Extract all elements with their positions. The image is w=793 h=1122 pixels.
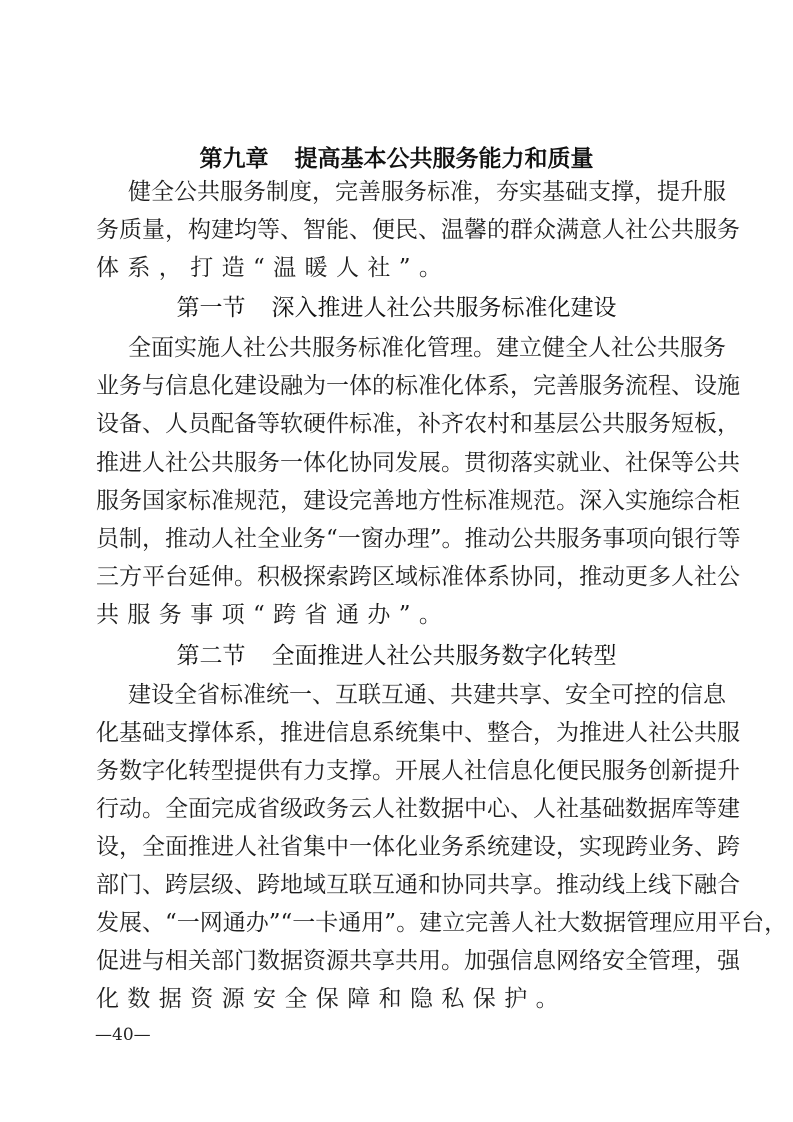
glyph: 区 bbox=[372, 558, 395, 596]
glyph: 享 bbox=[372, 942, 395, 980]
glyph: 便 bbox=[372, 211, 395, 249]
glyph: 跨 bbox=[625, 828, 648, 866]
glyph: 统 bbox=[487, 828, 510, 866]
glyph: 务 bbox=[96, 752, 119, 790]
document-page: 第九章提高基本公共服务能力和质量 健全公共服务制度，完善服务标准，夯实基础支撑，… bbox=[0, 0, 793, 1122]
glyph: 安 bbox=[565, 676, 588, 714]
glyph: 域 bbox=[303, 866, 326, 904]
glyph: 社 bbox=[611, 329, 634, 367]
glyph: ， bbox=[473, 173, 496, 211]
glyph: 设 bbox=[151, 676, 174, 714]
glyph: 标 bbox=[349, 405, 372, 443]
glyph: 合 bbox=[694, 482, 717, 520]
glyph: 有 bbox=[280, 752, 303, 790]
glyph: 同 bbox=[464, 866, 487, 904]
glyph: 标 bbox=[464, 482, 487, 520]
glyph: 相 bbox=[165, 942, 188, 980]
glyph: 务 bbox=[119, 482, 142, 520]
glyph: 服 bbox=[234, 444, 257, 482]
glyph: 一 bbox=[338, 520, 361, 558]
glyph: 跨 bbox=[717, 828, 740, 866]
glyph: 入 bbox=[602, 482, 625, 520]
glyph: 数 bbox=[119, 752, 142, 790]
glyph: 人 bbox=[211, 520, 234, 558]
glyph: 人 bbox=[671, 558, 694, 596]
glyph: 社 bbox=[464, 752, 487, 790]
paragraph-line: 健全公共服务制度，完善服务标准，夯实基础支撑，提升服 bbox=[128, 173, 698, 211]
glyph: 息 bbox=[349, 714, 372, 752]
paragraph-line: 化数据资源安全保障和隐私保护。 bbox=[96, 980, 698, 1018]
glyph: 施 bbox=[648, 482, 671, 520]
glyph: 一 bbox=[292, 904, 315, 942]
glyph: 理 bbox=[450, 329, 473, 367]
glyph: 动 bbox=[602, 558, 625, 596]
paragraph-line: 设，全面推进人社省集中一体化业务系统建设，实现跨业务、跨 bbox=[96, 828, 698, 866]
glyph: 社 bbox=[234, 520, 257, 558]
glyph: 国 bbox=[142, 482, 165, 520]
glyph: 索 bbox=[326, 558, 349, 596]
glyph: 发 bbox=[96, 904, 119, 942]
glyph: ， bbox=[142, 520, 165, 558]
glyph: 进 bbox=[119, 444, 142, 482]
glyph: 理 bbox=[407, 520, 430, 558]
paragraph-line: 部门、跨层级、跨地域互联互通和协同共享。推动线上线下融合 bbox=[96, 866, 698, 904]
glyph: 范 bbox=[257, 482, 280, 520]
glyph: 息 bbox=[188, 367, 211, 405]
glyph: 建 bbox=[303, 482, 326, 520]
glyph: 业 bbox=[648, 828, 671, 866]
glyph: 善 bbox=[556, 367, 579, 405]
glyph: 人 bbox=[220, 329, 243, 367]
glyph: 一 bbox=[177, 904, 200, 942]
glyph: 管 bbox=[626, 904, 649, 942]
glyph: 型 bbox=[211, 752, 234, 790]
glyph: 公 bbox=[694, 444, 717, 482]
glyph: 。 bbox=[556, 482, 579, 520]
glyph: 源 bbox=[326, 942, 349, 980]
glyph: ， bbox=[694, 942, 717, 980]
glyph: 信 bbox=[165, 367, 188, 405]
glyph: 制 bbox=[119, 520, 142, 558]
glyph: 人 bbox=[234, 828, 257, 866]
glyph: 网 bbox=[556, 942, 579, 980]
paragraph-line: 全面实施人社公共服务标准化管理。建立健全人社公共服务 bbox=[128, 329, 698, 367]
glyph: 协 bbox=[510, 558, 533, 596]
paragraph-line: 发展、“一网通办”“一卡通用”。建立完善人社大数据管理应用平台， bbox=[96, 904, 698, 942]
glyph: 加 bbox=[464, 942, 487, 980]
glyph: 共 bbox=[671, 211, 694, 249]
glyph: 体 bbox=[211, 714, 234, 752]
glyph: 系 bbox=[487, 558, 510, 596]
glyph: ， bbox=[533, 714, 556, 752]
glyph: 动 bbox=[579, 866, 602, 904]
glyph: 为 bbox=[556, 714, 579, 752]
glyph: ， bbox=[257, 714, 280, 752]
glyph: 、 bbox=[234, 866, 257, 904]
glyph: 现 bbox=[602, 828, 625, 866]
glyph: 智 bbox=[303, 211, 326, 249]
glyph: 建 bbox=[496, 329, 519, 367]
glyph: 信 bbox=[487, 752, 510, 790]
glyph: 系 bbox=[487, 367, 510, 405]
glyph: 延 bbox=[188, 558, 211, 596]
glyph: ” bbox=[430, 520, 442, 558]
glyph: 据 bbox=[603, 904, 626, 942]
glyph: 地 bbox=[280, 866, 303, 904]
glyph: 面 bbox=[151, 329, 174, 367]
glyph: 省 bbox=[197, 676, 220, 714]
glyph: 、 bbox=[418, 211, 441, 249]
glyph: 共 bbox=[487, 866, 510, 904]
glyph: 建 bbox=[211, 211, 234, 249]
glyph: 进 bbox=[303, 714, 326, 752]
glyph: 协 bbox=[349, 444, 372, 482]
glyph: 统 bbox=[395, 714, 418, 752]
glyph: 性 bbox=[441, 482, 464, 520]
glyph: 施 bbox=[717, 367, 740, 405]
chapter-title: 提高基本公共服务能力和质量 bbox=[295, 145, 594, 172]
glyph: 全 bbox=[625, 942, 648, 980]
glyph: 门 bbox=[234, 942, 257, 980]
glyph: 社 bbox=[648, 714, 671, 752]
glyph: 人 bbox=[511, 904, 534, 942]
glyph: 大 bbox=[557, 904, 580, 942]
glyph: 中 bbox=[464, 790, 487, 828]
glyph: 公 bbox=[648, 211, 671, 249]
glyph: 务 bbox=[625, 752, 648, 790]
glyph: 发 bbox=[395, 444, 418, 482]
glyph: 社 bbox=[625, 444, 648, 482]
glyph: 体 bbox=[372, 828, 395, 866]
glyph: 务 bbox=[671, 828, 694, 866]
glyph: 线 bbox=[602, 866, 625, 904]
glyph: 动 bbox=[188, 520, 211, 558]
glyph: 字 bbox=[142, 752, 165, 790]
glyph: 心 bbox=[487, 790, 510, 828]
glyph: 社 bbox=[165, 444, 188, 482]
glyph: 用 bbox=[361, 904, 384, 942]
glyph: 域 bbox=[395, 558, 418, 596]
glyph: 理 bbox=[671, 942, 694, 980]
glyph: 落 bbox=[510, 444, 533, 482]
glyph: 撑 bbox=[611, 173, 634, 211]
glyph: 更 bbox=[625, 558, 648, 596]
glyph: 础 bbox=[142, 714, 165, 752]
glyph: 。 bbox=[142, 790, 165, 828]
glyph: 促 bbox=[96, 942, 119, 980]
glyph: 员 bbox=[96, 520, 119, 558]
glyph: 准 bbox=[418, 367, 441, 405]
glyph: 完 bbox=[211, 790, 234, 828]
glyph: 用 bbox=[695, 904, 718, 942]
glyph: 层 bbox=[188, 866, 211, 904]
glyph: 与 bbox=[142, 942, 165, 980]
glyph: 同 bbox=[533, 558, 556, 596]
glyph: 应 bbox=[672, 904, 695, 942]
glyph: ， bbox=[280, 482, 303, 520]
glyph: 、 bbox=[694, 828, 717, 866]
paragraph-line: 务数字化转型提供有力支撑。开展人社信息化便民服务创新提升 bbox=[96, 752, 698, 790]
glyph: 共 bbox=[694, 714, 717, 752]
glyph: 软 bbox=[280, 405, 303, 443]
glyph: ， bbox=[312, 173, 335, 211]
glyph: 推 bbox=[96, 444, 119, 482]
glyph: 善 bbox=[358, 173, 381, 211]
glyph: 可 bbox=[611, 676, 634, 714]
glyph: 服 bbox=[579, 367, 602, 405]
glyph: 板 bbox=[694, 405, 717, 443]
glyph: 准 bbox=[487, 482, 510, 520]
glyph: 社 bbox=[625, 211, 648, 249]
glyph: 向 bbox=[649, 520, 672, 558]
glyph: 健 bbox=[128, 173, 151, 211]
glyph: ” bbox=[269, 904, 281, 942]
glyph: 级 bbox=[211, 866, 234, 904]
glyph: 行 bbox=[96, 790, 119, 828]
glyph: 据 bbox=[441, 790, 464, 828]
glyph: 平 bbox=[142, 558, 165, 596]
glyph: 伸 bbox=[211, 558, 234, 596]
glyph: 备 bbox=[119, 405, 142, 443]
glyph: 进 bbox=[119, 942, 142, 980]
glyph: 据 bbox=[648, 790, 671, 828]
glyph: 务 bbox=[326, 790, 349, 828]
glyph: 政 bbox=[303, 790, 326, 828]
glyph: 推 bbox=[188, 828, 211, 866]
glyph: 完 bbox=[465, 904, 488, 942]
glyph: 共 bbox=[450, 676, 473, 714]
glyph: 成 bbox=[234, 790, 257, 828]
glyph: 通 bbox=[404, 676, 427, 714]
glyph: 人 bbox=[441, 752, 464, 790]
glyph: 集 bbox=[418, 714, 441, 752]
glyph: 全 bbox=[142, 828, 165, 866]
glyph: 务 bbox=[404, 173, 427, 211]
glyph: 动 bbox=[488, 520, 511, 558]
paragraph-line: 员制，推动人社全业务“一窗办理”。推动公共服务事项向银行等 bbox=[96, 520, 698, 558]
glyph: 数 bbox=[418, 790, 441, 828]
glyph: 级 bbox=[280, 790, 303, 828]
paragraph-line: 设备、人员配备等软硬件标准，补齐农村和基层公共服务短板， bbox=[96, 405, 698, 443]
glyph: 务 bbox=[303, 520, 326, 558]
glyph: 完 bbox=[533, 367, 556, 405]
glyph: ， bbox=[395, 405, 418, 443]
glyph: 服 bbox=[694, 211, 717, 249]
glyph: 社 bbox=[395, 790, 418, 828]
glyph: 和 bbox=[418, 866, 441, 904]
glyph: 极 bbox=[280, 558, 303, 596]
glyph: 度 bbox=[289, 173, 312, 211]
glyph: 强 bbox=[487, 942, 510, 980]
glyph: 设 bbox=[257, 367, 280, 405]
glyph: 等 bbox=[671, 444, 694, 482]
glyph: 务 bbox=[441, 828, 464, 866]
glyph: 、 bbox=[671, 367, 694, 405]
glyph: 硬 bbox=[303, 405, 326, 443]
glyph: 、 bbox=[542, 676, 565, 714]
glyph: 准 bbox=[243, 676, 266, 714]
section-heading-2: 第二节全面推进人社公共服务数字化转型 bbox=[0, 637, 793, 675]
glyph: 众 bbox=[533, 211, 556, 249]
glyph: 社 bbox=[556, 790, 579, 828]
glyph: 社 bbox=[257, 828, 280, 866]
glyph: 。 bbox=[234, 558, 257, 596]
glyph: 实 bbox=[174, 329, 197, 367]
glyph: 省 bbox=[257, 790, 280, 828]
paragraph-line: 建设全省标准统一、互联互通、共建共享、安全可控的信息 bbox=[128, 676, 698, 714]
glyph: 络 bbox=[579, 942, 602, 980]
glyph: 息 bbox=[533, 942, 556, 980]
glyph: 管 bbox=[427, 329, 450, 367]
glyph: 公 bbox=[266, 329, 289, 367]
glyph: 善 bbox=[488, 904, 511, 942]
glyph: 部 bbox=[211, 942, 234, 980]
glyph: 社 bbox=[534, 904, 557, 942]
glyph: 门 bbox=[119, 866, 142, 904]
glyph: 共 bbox=[657, 329, 680, 367]
glyph: 享 bbox=[510, 866, 533, 904]
glyph: 服 bbox=[557, 520, 580, 558]
section-title: 全面推进人社公共服务数字化转型 bbox=[272, 643, 617, 669]
glyph: 一 bbox=[326, 367, 349, 405]
glyph: 化 bbox=[165, 752, 188, 790]
glyph: 全 bbox=[174, 676, 197, 714]
section-title: 深入推进人社公共服务标准化建设 bbox=[272, 295, 617, 321]
glyph: 部 bbox=[96, 866, 119, 904]
paragraph-line: 业务与信息化建设融为一体的标准化体系，完善服务流程、设施 bbox=[96, 367, 698, 405]
glyph: 支 bbox=[165, 714, 188, 752]
glyph: 配 bbox=[211, 405, 234, 443]
glyph: 础 bbox=[602, 790, 625, 828]
glyph: 跨 bbox=[257, 866, 280, 904]
glyph: 提 bbox=[234, 752, 257, 790]
glyph: 立 bbox=[519, 329, 542, 367]
glyph: 完 bbox=[335, 173, 358, 211]
glyph: 、 bbox=[464, 714, 487, 752]
glyph: “ bbox=[281, 904, 293, 942]
glyph: 公 bbox=[634, 329, 657, 367]
glyph: 一 bbox=[289, 676, 312, 714]
glyph: 公 bbox=[579, 405, 602, 443]
glyph: 保 bbox=[648, 444, 671, 482]
paragraph-line: 务质量，构建均等、智能、便民、温馨的群众满意人社公共服务 bbox=[96, 211, 698, 249]
glyph: 实 bbox=[625, 482, 648, 520]
glyph: 提 bbox=[657, 173, 680, 211]
glyph: 务 bbox=[648, 405, 671, 443]
glyph: “ bbox=[165, 904, 177, 942]
glyph: 标 bbox=[427, 173, 450, 211]
glyph: 标 bbox=[188, 482, 211, 520]
glyph: 务 bbox=[119, 367, 142, 405]
glyph: 推 bbox=[556, 866, 579, 904]
glyph: 建 bbox=[510, 828, 533, 866]
glyph: 、 bbox=[142, 904, 165, 942]
glyph: 服 bbox=[717, 714, 740, 752]
glyph: 跨 bbox=[349, 558, 372, 596]
glyph: 人 bbox=[142, 444, 165, 482]
glyph: 员 bbox=[188, 405, 211, 443]
glyph: 数 bbox=[625, 790, 648, 828]
glyph: 方 bbox=[119, 558, 142, 596]
glyph: 通 bbox=[223, 904, 246, 942]
glyph: 服 bbox=[312, 329, 335, 367]
glyph: 民 bbox=[395, 211, 418, 249]
glyph: 统 bbox=[266, 676, 289, 714]
glyph: 卡 bbox=[315, 904, 338, 942]
glyph: 建 bbox=[128, 676, 151, 714]
glyph: 短 bbox=[671, 405, 694, 443]
glyph: 、 bbox=[349, 211, 372, 249]
glyph: 设 bbox=[694, 367, 717, 405]
glyph: 、 bbox=[142, 866, 165, 904]
glyph: 支 bbox=[588, 173, 611, 211]
glyph: 民 bbox=[579, 752, 602, 790]
glyph: 建 bbox=[717, 790, 740, 828]
glyph: 件 bbox=[326, 405, 349, 443]
glyph: 面 bbox=[165, 828, 188, 866]
glyph: 全 bbox=[128, 329, 151, 367]
glyph: ” bbox=[384, 904, 396, 942]
glyph: 台 bbox=[741, 904, 764, 942]
glyph: 程 bbox=[648, 367, 671, 405]
glyph: 构 bbox=[188, 211, 211, 249]
glyph: 中 bbox=[441, 714, 464, 752]
glyph: 同 bbox=[372, 444, 395, 482]
paragraph-line: 三方平台延伸。积极探索跨区域标准体系协同，推动更多人社公 bbox=[96, 558, 698, 596]
glyph: 化 bbox=[326, 444, 349, 482]
glyph: ， bbox=[634, 173, 657, 211]
glyph: 银 bbox=[672, 520, 695, 558]
glyph: 三 bbox=[96, 558, 119, 596]
glyph: 准 bbox=[441, 558, 464, 596]
glyph: 。 bbox=[441, 444, 464, 482]
glyph: ， bbox=[556, 828, 579, 866]
glyph: 云 bbox=[349, 790, 372, 828]
glyph: 转 bbox=[188, 752, 211, 790]
glyph: 、 bbox=[510, 790, 533, 828]
glyph: 推 bbox=[465, 520, 488, 558]
glyph: 共 bbox=[496, 676, 519, 714]
glyph: 满 bbox=[556, 211, 579, 249]
glyph: 网 bbox=[200, 904, 223, 942]
glyph: 就 bbox=[556, 444, 579, 482]
glyph: 基 bbox=[542, 173, 565, 211]
glyph: 农 bbox=[464, 405, 487, 443]
glyph: 推 bbox=[280, 714, 303, 752]
glyph: 新 bbox=[671, 752, 694, 790]
glyph: 一 bbox=[280, 444, 303, 482]
glyph: 共 bbox=[349, 942, 372, 980]
glyph: ， bbox=[764, 904, 787, 942]
glyph: 基 bbox=[119, 714, 142, 752]
glyph: 方 bbox=[418, 482, 441, 520]
glyph: 、 bbox=[427, 676, 450, 714]
glyph: 全 bbox=[257, 520, 280, 558]
glyph: 体 bbox=[303, 444, 326, 482]
glyph: 创 bbox=[648, 752, 671, 790]
glyph: 深 bbox=[579, 482, 602, 520]
glyph: 全 bbox=[565, 329, 588, 367]
glyph: ， bbox=[165, 211, 188, 249]
glyph: 。 bbox=[533, 866, 556, 904]
glyph: 的 bbox=[657, 676, 680, 714]
glyph: 范 bbox=[533, 482, 556, 520]
glyph: 化 bbox=[533, 752, 556, 790]
glyph: 务 bbox=[580, 520, 603, 558]
glyph: 用 bbox=[418, 942, 441, 980]
glyph: 化 bbox=[395, 828, 418, 866]
glyph: 建 bbox=[473, 676, 496, 714]
